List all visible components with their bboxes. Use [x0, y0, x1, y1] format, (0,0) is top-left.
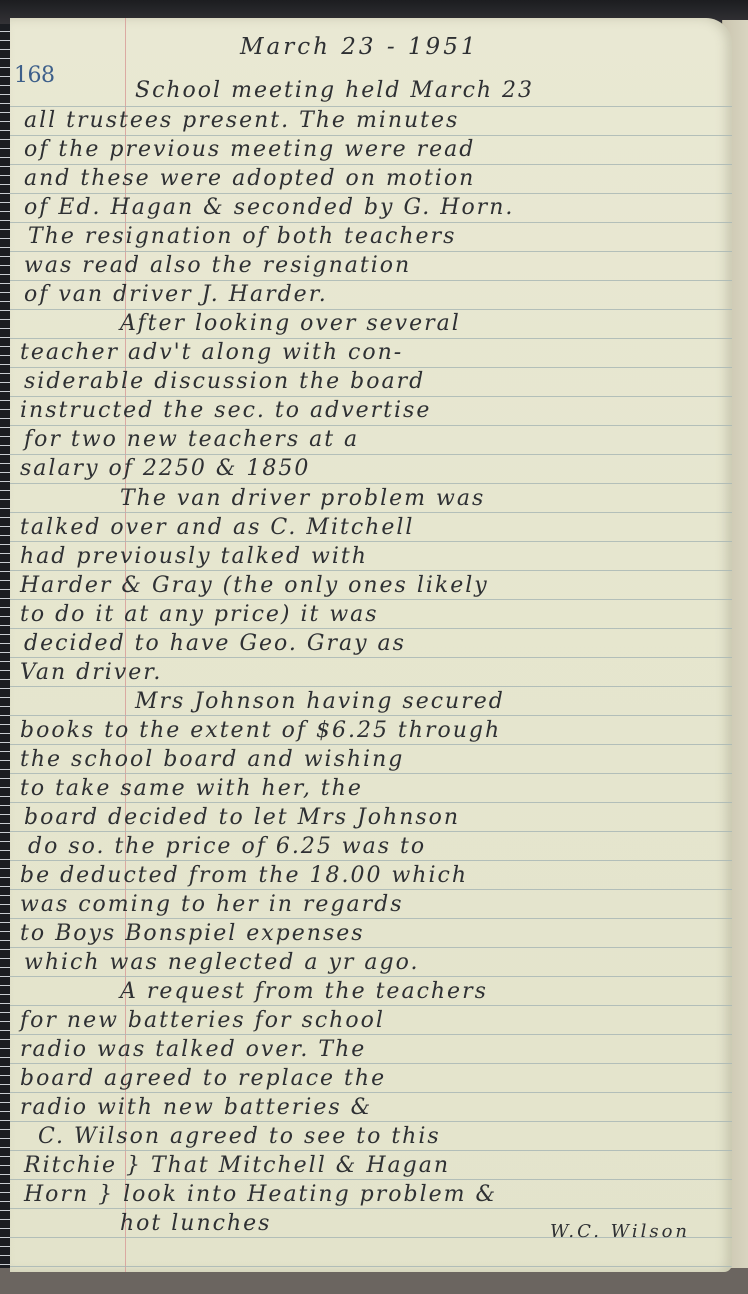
rule-line: [10, 454, 732, 455]
rule-line: [10, 744, 732, 745]
rule-line: [10, 657, 732, 658]
text-line: to Boys Bonspiel expenses: [20, 923, 365, 945]
text-line: hot lunches: [120, 1213, 271, 1235]
rule-line: [10, 425, 732, 426]
text-line: of the previous meeting were read: [24, 139, 475, 161]
rule-line: [10, 338, 732, 339]
rule-line: [10, 947, 732, 948]
rule-line: [10, 309, 732, 310]
rule-line: [10, 367, 732, 368]
rule-line: [10, 1005, 732, 1006]
rule-line: [10, 1266, 732, 1267]
rule-line: [10, 193, 732, 194]
rule-line: [10, 135, 732, 136]
text-line: radio with new batteries &: [20, 1097, 372, 1119]
rule-line: [10, 976, 732, 977]
rule-line: [10, 686, 732, 687]
date-heading: March 23 - 1951: [240, 36, 478, 59]
rule-line: [10, 396, 732, 397]
rule-line: [10, 106, 732, 107]
rule-line: [10, 570, 732, 571]
rule-line: [10, 599, 732, 600]
rule-line: [10, 831, 732, 832]
text-line: books to the extent of $6.25 through: [20, 720, 501, 742]
text-line: to do it at any price) it was: [20, 604, 379, 626]
text-line: Ritchie } That Mitchell & Hagan: [24, 1155, 450, 1177]
text-line: was read also the resignation: [24, 255, 411, 277]
text-line: of van driver J. Harder.: [24, 284, 328, 306]
text-line: the school board and wishing: [20, 749, 404, 771]
page-number: 168: [14, 63, 55, 88]
text-line: for two new teachers at a: [24, 429, 359, 451]
rule-line: [10, 918, 732, 919]
rule-line: [10, 1179, 732, 1180]
rule-line: [10, 889, 732, 890]
rule-line: [10, 222, 732, 223]
rule-line: [10, 1092, 732, 1093]
rule-line: [10, 715, 732, 716]
text-line: for new batteries for school: [20, 1010, 385, 1032]
text-line: be deducted from the 18.00 which: [20, 865, 468, 887]
rule-line: [10, 628, 732, 629]
rule-line: [10, 251, 732, 252]
text-line: The van driver problem was: [120, 488, 485, 510]
rule-line: [10, 1034, 732, 1035]
text-line: Harder & Gray (the only ones likely: [20, 575, 489, 597]
rule-line: [10, 860, 732, 861]
text-line: siderable discussion the board: [24, 371, 425, 393]
text-line: The resignation of both teachers: [28, 226, 456, 248]
text-line: Mrs Johnson having secured: [135, 691, 505, 713]
text-line: do so. the price of 6.25 was to: [28, 836, 426, 858]
rule-line: [10, 483, 732, 484]
text-line: talked over and as C. Mitchell: [20, 517, 414, 539]
text-line: instructed the sec. to advertise: [20, 400, 431, 422]
text-line: teacher adv't along with con-: [20, 342, 403, 364]
text-line: Horn } look into Heating problem &: [24, 1184, 497, 1206]
text-line: to take same with her, the: [20, 778, 363, 800]
book-binding: [0, 0, 10, 1294]
text-line: was coming to her in regards: [20, 894, 404, 916]
text-line: all trustees present. The minutes: [24, 110, 459, 132]
rule-line: [10, 1208, 732, 1209]
rule-line: [10, 541, 732, 542]
rule-line: [10, 1121, 732, 1122]
text-line: board agreed to replace the: [20, 1068, 386, 1090]
text-line: and these were adopted on motion: [24, 168, 475, 190]
rule-line: [10, 280, 732, 281]
text-line: of Ed. Hagan & seconded by G. Horn.: [24, 197, 514, 219]
text-line: decided to have Geo. Gray as: [24, 633, 406, 655]
signature: W.C. Wilson: [550, 1223, 690, 1241]
text-line: After looking over several: [120, 313, 461, 335]
rule-line: [10, 773, 732, 774]
rule-line: [10, 164, 732, 165]
ledger-page: 168 March 23 - 1951 School meeting held …: [10, 18, 732, 1272]
text-line: Van driver.: [20, 662, 162, 684]
rule-line: [10, 1150, 732, 1151]
text-line: School meeting held March 23: [135, 80, 534, 102]
text-line: board decided to let Mrs Johnson: [24, 807, 460, 829]
text-line: which was neglected a yr ago.: [24, 952, 419, 974]
rule-line: [10, 512, 732, 513]
rule-line: [10, 802, 732, 803]
text-line: C. Wilson agreed to see to this: [38, 1126, 441, 1148]
text-line: radio was talked over. The: [20, 1039, 366, 1061]
rule-line: [10, 1063, 732, 1064]
text-line: salary of 2250 & 1850: [20, 458, 310, 480]
text-line: A request from the teachers: [120, 981, 488, 1003]
text-line: had previously talked with: [20, 546, 368, 568]
